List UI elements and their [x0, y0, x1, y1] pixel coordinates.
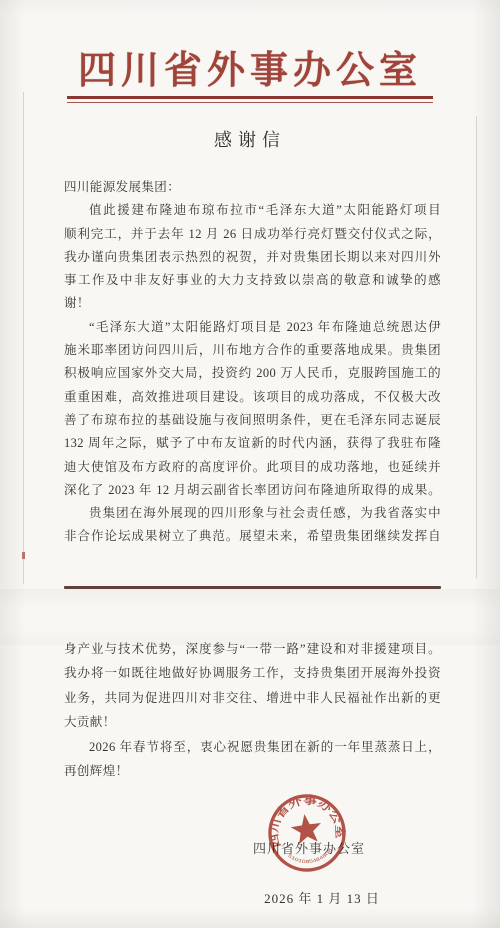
- body-line: 顺利完工，并于去年 12 月 26 日成功举行亮灯暨交付仪式之际，: [64, 223, 441, 246]
- body-line: 四川能源发展集团：: [64, 176, 441, 199]
- body-line: 值此援建布隆迪布琼布拉市“毛泽东大道”太阳能路灯项目: [64, 199, 441, 222]
- body-line: 事工作及中非友好事业的大力支持致以崇高的敬意和诚挚的感: [64, 269, 441, 292]
- body-line: 谢！: [64, 292, 441, 315]
- body-line: 我办将一如既往地做好协调服务工作，支持贵集团开展海外投资: [64, 661, 441, 685]
- body-line: 善了布琼布拉的基础设施与夜间照明条件，更在毛泽东同志诞辰: [64, 409, 441, 432]
- body-line: 我办谨向贵集团表示热烈的祝贺，并对贵集团长期以来对四川外: [64, 246, 441, 269]
- body-line: 施米耶率团访问四川后，川布地方合作的重要落地成果。贵集团: [64, 339, 441, 362]
- scanned-letter: 四川省外事办公室 感谢信 四川能源发展集团：值此援建布隆迪布琼布拉市“毛泽东大道…: [0, 0, 500, 928]
- body-line: 再创辉煌！: [64, 759, 441, 783]
- page1-body: 四川能源发展集团：值此援建布隆迪布琼布拉市“毛泽东大道”太阳能路灯项目顺利完工，…: [64, 176, 441, 549]
- body-line: 积极响应国家外交大局，投资约 200 万人民币，克服跨国施工的: [64, 362, 441, 385]
- letterhead-org-name: 四川省外事办公室: [0, 48, 500, 94]
- body-line: 非合作论坛成果树立了典范。展望未来，希望贵集团继续发挥自: [64, 525, 441, 548]
- letterhead-rule-thin: [67, 102, 433, 103]
- body-line: 深化了 2023 年 12 月胡云副省长率团访问布隆迪所取得的成果。: [64, 479, 441, 502]
- body-line: “毛泽东大道”太阳能路灯项目是 2023 年布隆迪总统恩达伊: [64, 316, 441, 339]
- letter-title: 感谢信: [0, 126, 500, 152]
- letterhead-rule-thick: [67, 96, 433, 99]
- body-line: 身产业与技术优势，深度参与“一带一路”建设和对非援建项目。: [64, 637, 441, 661]
- body-line: 2026 年春节将至，衷心祝愿贵集团在新的一年里蒸蒸日上，: [64, 735, 441, 759]
- official-seal: 四川省外事办公室 5101085484808: [253, 779, 361, 887]
- body-line: 贵集团在海外展现的四川形象与社会责任感，为我省落实中: [64, 502, 441, 525]
- page-left-edge-shadow: [23, 92, 24, 584]
- page2-body: 身产业与技术优势，深度参与“一带一路”建设和对非援建项目。我办将一如既往地做好协…: [64, 637, 441, 783]
- body-line: 大贡献！: [64, 710, 441, 734]
- seal-star-icon: [289, 812, 323, 845]
- body-line: 重重困难，高效推进项目建设。该项目的成功落成，不仅极大改: [64, 386, 441, 409]
- body-line: 迪大使馆及布方政府的高度评价。此项目的成功落地，也延续并: [64, 456, 441, 479]
- signature-date: 2026 年 1 月 13 日: [242, 888, 402, 907]
- body-line: 132 周年之际，赋予了中布友谊新的时代内涵，获得了我驻布隆: [64, 432, 441, 455]
- body-line: 业务，共同为促进四川对非交往、增进中非人民福祉作出新的更: [64, 686, 441, 710]
- page-right-edge-shadow: [476, 116, 477, 578]
